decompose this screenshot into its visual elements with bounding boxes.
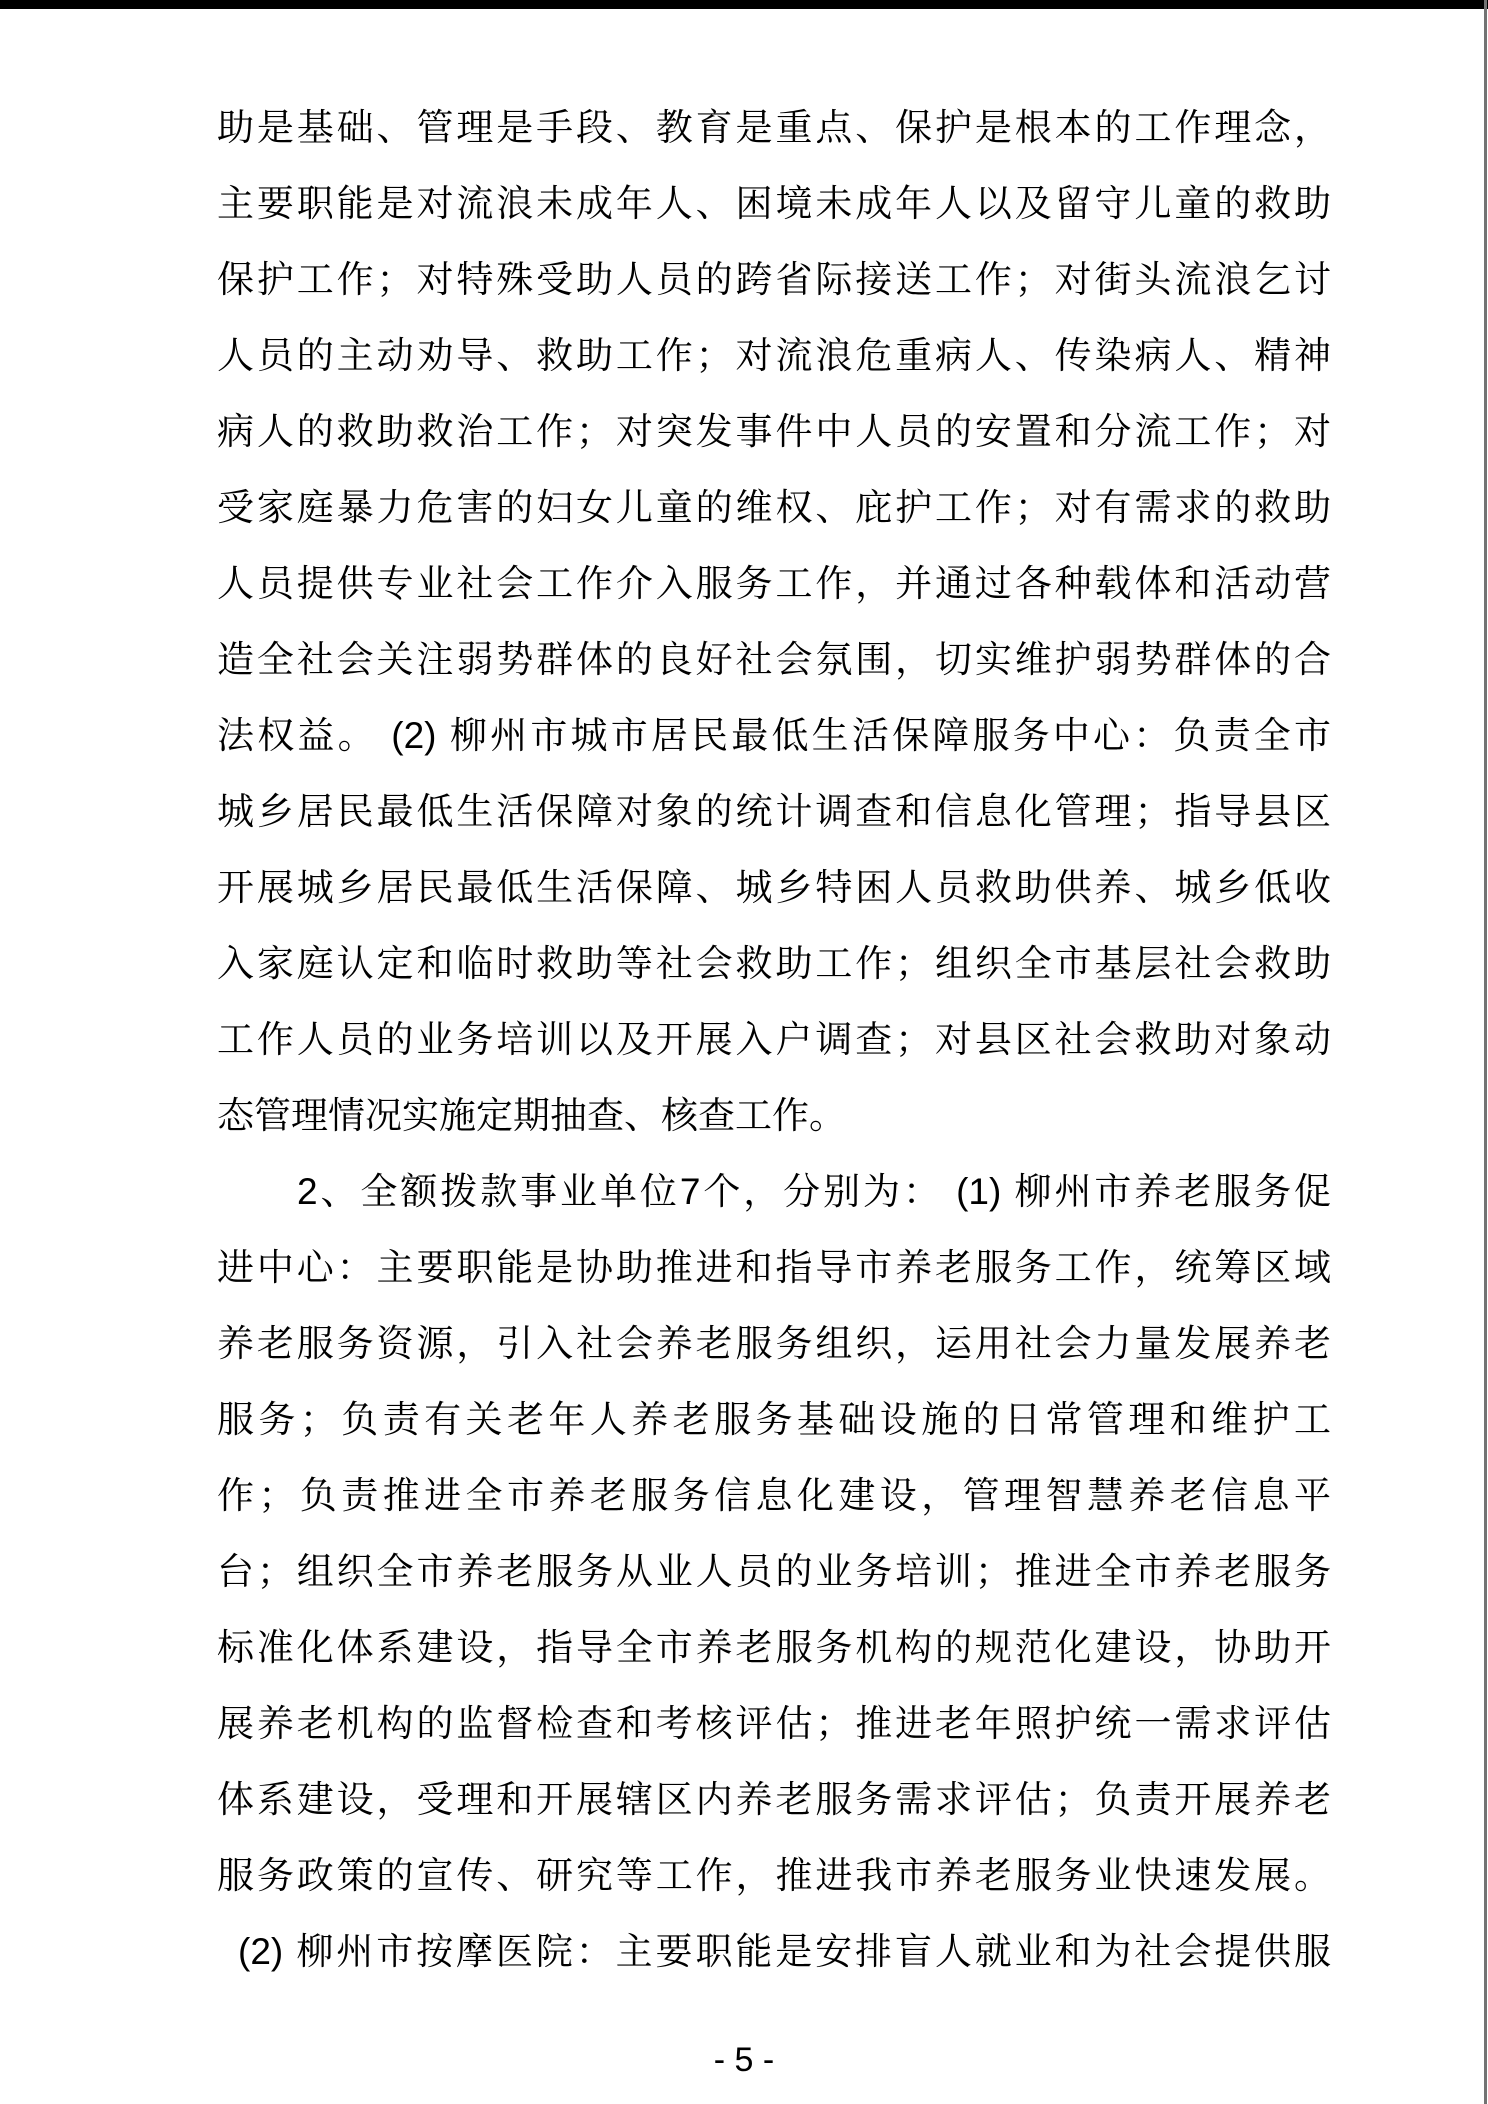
- page-number: - 5 -: [0, 2038, 1488, 2082]
- text-line: 人员的主动劝导、救助工作；对流浪危重病人、传染病人、精神: [217, 318, 1331, 394]
- text-line: 助是基础、管理是手段、教育是重点、保护是根本的工作理念，: [217, 90, 1331, 166]
- text-line: 受家庭暴力危害的妇女儿童的维权、庇护工作；对有需求的救助: [217, 470, 1331, 546]
- right-edge-line: [1484, 0, 1487, 2104]
- text-line: 展养老机构的监督检查和考核评估；推进老年照护统一需求评估: [217, 1686, 1331, 1762]
- text-line: 开展城乡居民最低生活保障、城乡特困人员救助供养、城乡低收: [217, 850, 1331, 926]
- text-line: 入家庭认定和临时救助等社会救助工作；组织全市基层社会救助: [217, 926, 1331, 1002]
- document-body: 助是基础、管理是手段、教育是重点、保护是根本的工作理念，主要职能是对流浪未成年人…: [217, 90, 1331, 1990]
- text-line: 城乡居民最低生活保障对象的统计调查和信息化管理；指导县区: [217, 774, 1331, 850]
- text-line: 法权益。 (2) 柳州市城市居民最低生活保障服务中心：负责全市: [217, 698, 1331, 774]
- text-line: 服务政策的宣传、研究等工作，推进我市养老服务业快速发展。: [217, 1838, 1331, 1914]
- text-line: 态管理情况实施定期抽查、核查工作。: [217, 1078, 1331, 1154]
- text-line: 2、全额拨款事业单位7个，分别为： (1) 柳州市养老服务促: [217, 1154, 1331, 1230]
- text-line: 标准化体系建设，指导全市养老服务机构的规范化建设，协助开: [217, 1610, 1331, 1686]
- text-line: 人员提供专业社会工作介入服务工作，并通过各种载体和活动营: [217, 546, 1331, 622]
- text-line: 主要职能是对流浪未成年人、困境未成年人以及留守儿童的救助: [217, 166, 1331, 242]
- text-line: (2) 柳州市按摩医院：主要职能是安排盲人就业和为社会提供服: [217, 1914, 1331, 1990]
- text-line: 造全社会关注弱势群体的良好社会氛围，切实维护弱势群体的合: [217, 622, 1331, 698]
- text-line: 进中心：主要职能是协助推进和指导市养老服务工作，统筹区域: [217, 1230, 1331, 1306]
- text-line: 台；组织全市养老服务从业人员的业务培训；推进全市养老服务: [217, 1534, 1331, 1610]
- text-line: 工作人员的业务培训以及开展入户调查；对县区社会救助对象动: [217, 1002, 1331, 1078]
- text-line: 服务；负责有关老年人养老服务基础设施的日常管理和维护工: [217, 1382, 1331, 1458]
- text-line: 保护工作；对特殊受助人员的跨省际接送工作；对街头流浪乞讨: [217, 242, 1331, 318]
- text-line: 养老服务资源，引入社会养老服务组织，运用社会力量发展养老: [217, 1306, 1331, 1382]
- document-page: 助是基础、管理是手段、教育是重点、保护是根本的工作理念，主要职能是对流浪未成年人…: [0, 0, 1488, 2104]
- text-line: 体系建设，受理和开展辖区内养老服务需求评估；负责开展养老: [217, 1762, 1331, 1838]
- text-line: 病人的救助救治工作；对突发事件中人员的安置和分流工作；对: [217, 394, 1331, 470]
- top-border-bar: [0, 0, 1488, 9]
- text-line: 作；负责推进全市养老服务信息化建设，管理智慧养老信息平: [217, 1458, 1331, 1534]
